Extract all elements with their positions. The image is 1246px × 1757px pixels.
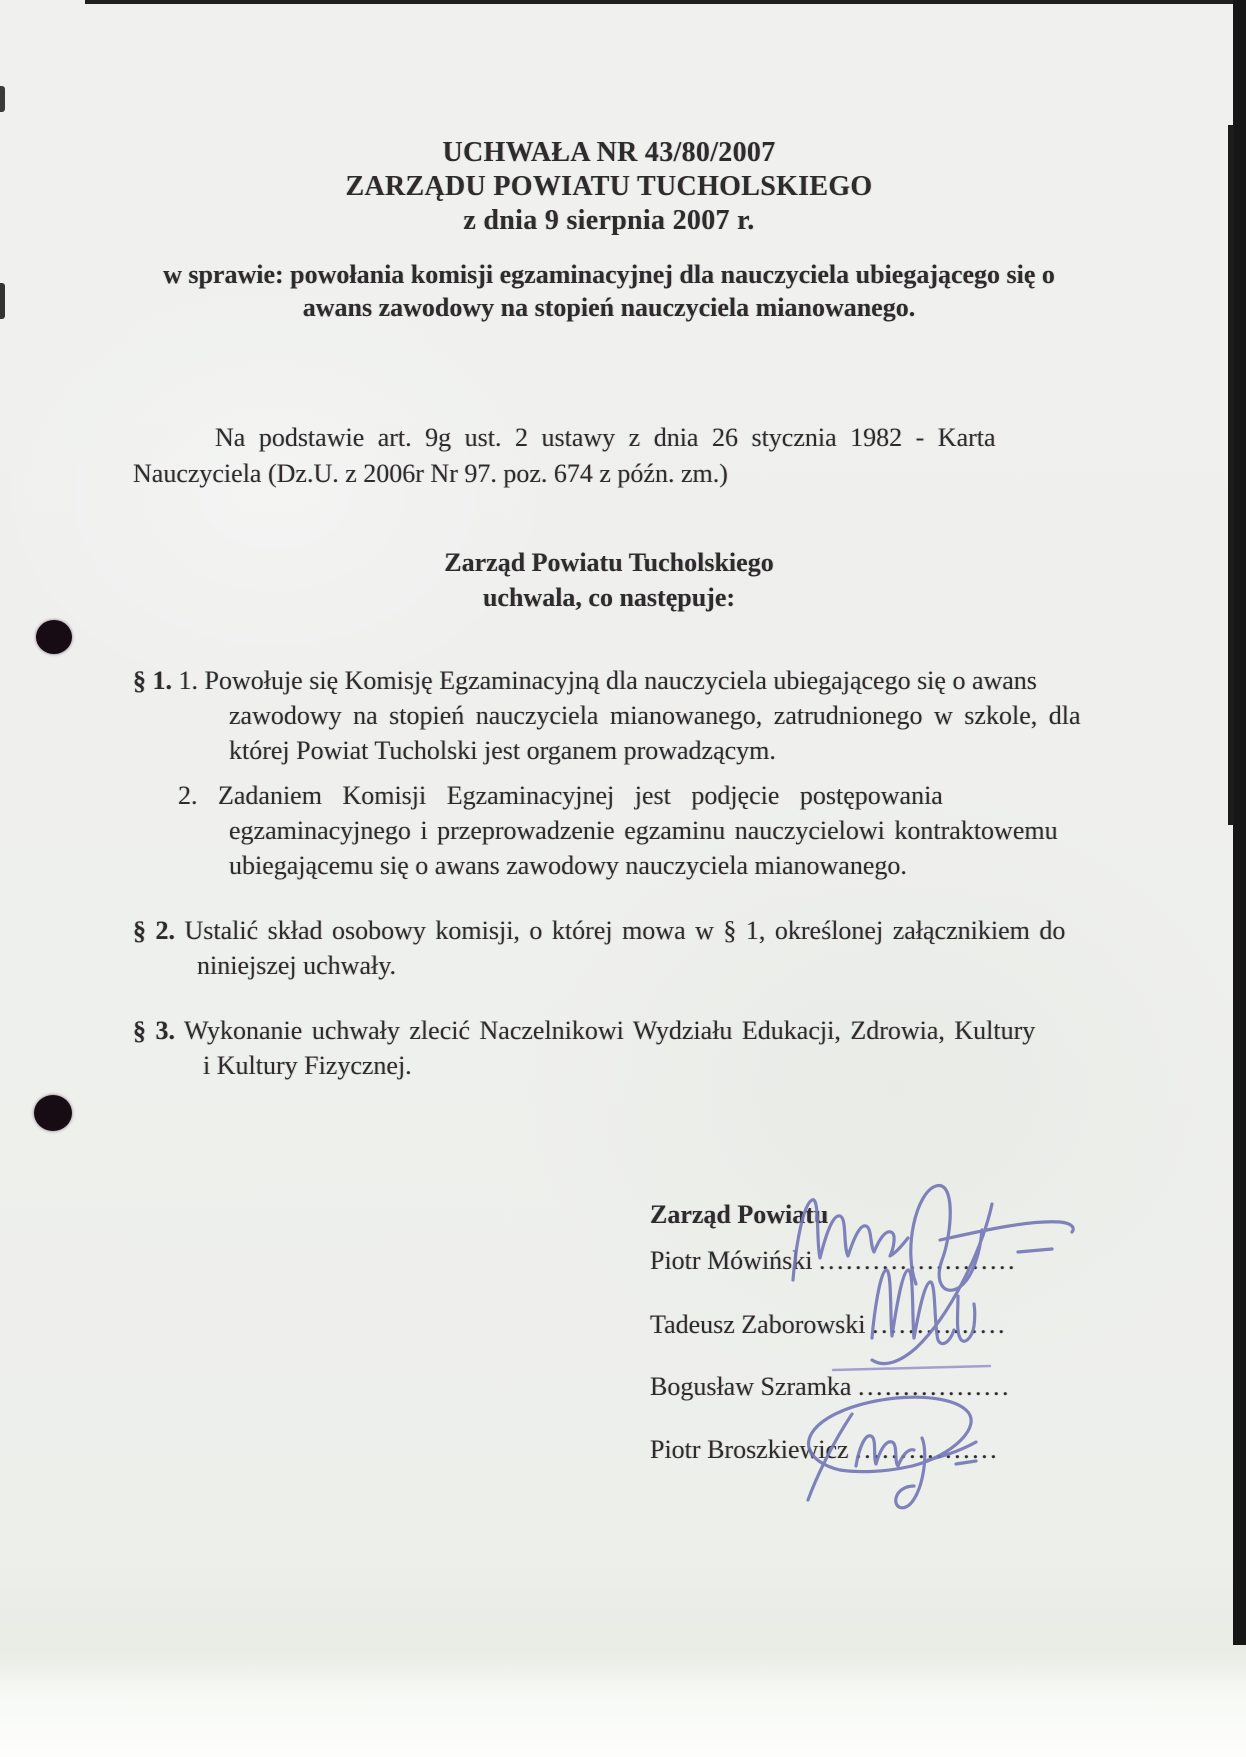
section-1-item-1-number: 1. [179, 666, 199, 695]
scanned-resolution-document: UCHWAŁA NR 43/80/2007 ZARZĄDU POWIATU TU… [0, 0, 1246, 1757]
subject-line-1: w sprawie: powołania komisji egzaminacyj… [133, 258, 1085, 291]
scan-edge-left-mark [0, 86, 5, 112]
section-1-item-2-line-2: egzaminacyjnego i przeprowadzenie egzami… [229, 813, 1085, 848]
legal-basis: Na podstawie art. 9g ust. 2 ustawy z dni… [133, 420, 1085, 492]
section-1-item-2-line-3: ubiegającemu się o awans zawodowy nauczy… [229, 848, 1085, 883]
signature-ink-broszkiewicz [956, 1461, 976, 1464]
legal-basis-line-1: Na podstawie art. 9g ust. 2 ustawy z dni… [215, 420, 1085, 456]
enacting-line-1: Zarząd Powiatu Tucholskiego [133, 545, 1085, 580]
section-2-line-2: niniejszej uchwały. [197, 948, 1085, 983]
subject-line-2: awans zawodowy na stopień nauczyciela mi… [133, 291, 1085, 324]
section-1-item-1-line-1: § 1. 1. Powołuje się Komisję Egzaminacyj… [133, 663, 1085, 698]
handwritten-signatures [760, 1160, 1100, 1560]
enacting-line-2: uchwala, co następuje: [133, 580, 1085, 615]
signature-ink-broszkiewicz [928, 1442, 976, 1460]
scan-edge-right [1233, 0, 1246, 1645]
signature-ink-zaborowski [958, 1296, 975, 1341]
section-1-item-2-line-1: 2. Zadaniem Komisji Egzaminacyjnej jest … [178, 778, 1085, 813]
section-1-item-1-line-3: której Powiat Tucholski jest organem pro… [229, 733, 1085, 768]
section-3-marker: § 3. [133, 1016, 175, 1045]
section-1-marker: § 1. [133, 666, 172, 695]
scan-edge-top [85, 0, 1246, 4]
signature-ink-zaborowski [872, 1270, 954, 1344]
document-title: UCHWAŁA NR 43/80/2007 ZARZĄDU POWIATU TU… [133, 136, 1085, 238]
hole-punch-bottom [34, 1095, 72, 1131]
hole-punch-top [36, 620, 72, 654]
scan-edge-right-shadow [1228, 125, 1234, 825]
section-2-marker: § 2. [133, 916, 175, 945]
signature-ink-broszkiewicz [809, 1397, 972, 1471]
legal-basis-line-2: Nauczyciela (Dz.U. z 2006r Nr 97. poz. 6… [133, 456, 1085, 492]
section-1-item-1-line-2: zawodowy na stopień nauczyciela mianowan… [229, 698, 1085, 733]
section-3-line-1: § 3. Wykonanie uchwały zlecić Naczelniko… [133, 1013, 1085, 1048]
section-2: § 2. Ustalić skład osobowy komisji, o kt… [133, 913, 1085, 983]
section-1-item-2-number: 2. [178, 781, 198, 810]
section-2-line-1: § 2. Ustalić skład osobowy komisji, o kt… [133, 913, 1085, 948]
title-line-2: ZARZĄDU POWIATU TUCHOLSKIEGO [133, 170, 1085, 204]
signature-ink-mowinski [793, 1200, 908, 1280]
section-3: § 3. Wykonanie uchwały zlecić Naczelniko… [133, 1013, 1085, 1083]
signature-ink-underline [833, 1366, 990, 1370]
signature-ink-mowinski [940, 1222, 1073, 1240]
subject-clause: w sprawie: powołania komisji egzaminacyj… [133, 258, 1085, 324]
signature-ink-mowinski [1018, 1249, 1052, 1252]
title-line-1: UCHWAŁA NR 43/80/2007 [133, 136, 1085, 170]
signature-ink-broszkiewicz [856, 1436, 914, 1466]
section-1: § 1. 1. Powołuje się Komisję Egzaminacyj… [133, 663, 1085, 883]
section-3-line-2: i Kultury Fizycznej. [203, 1048, 1085, 1083]
title-line-3: z dnia 9 sierpnia 2007 r. [133, 204, 1085, 238]
scan-edge-left-mark [0, 283, 5, 319]
enacting-formula: Zarząd Powiatu Tucholskiego uchwala, co … [133, 545, 1085, 615]
